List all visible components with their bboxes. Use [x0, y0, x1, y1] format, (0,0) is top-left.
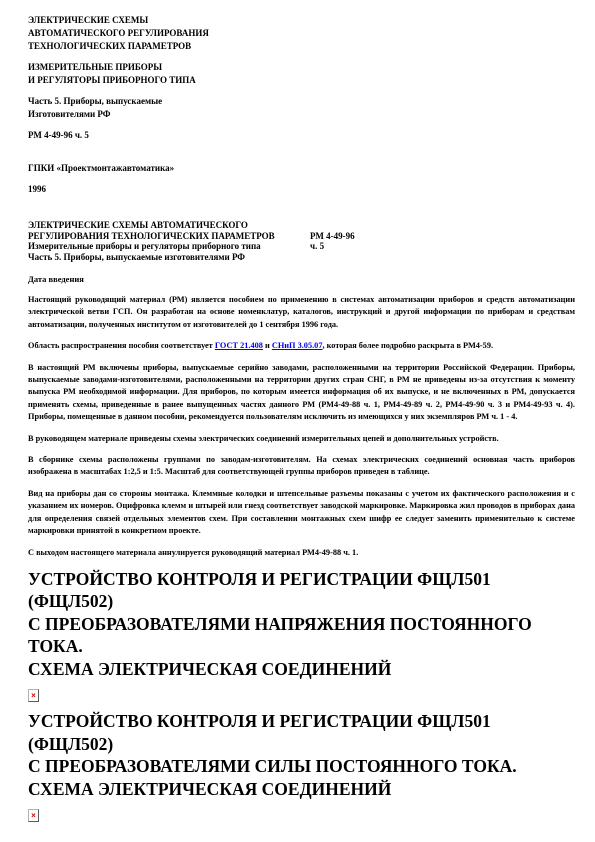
text-line: УСТРОЙСТВО КОНТРОЛЯ И РЕГИСТРАЦИИ ФЩЛ501	[28, 568, 575, 591]
doc-header-code-block: РМ 4-49-96 ч. 5	[310, 231, 355, 252]
doc-link[interactable]: СНиП 3.05.07	[272, 341, 323, 350]
publication-year: 1996	[28, 183, 575, 196]
doc-header: ЭЛЕКТРИЧЕСКИЕ СХЕМЫ АВТОМАТИЧЕСКОГОРЕГУЛ…	[28, 220, 575, 262]
text-line: (ФЩЛ502)	[28, 733, 575, 756]
text-line: И РЕГУЛЯТОРЫ ПРИБОРНОГО ТИПА	[28, 74, 575, 87]
broken-image-x-glyph: ×	[31, 812, 36, 820]
section-1-heading: УСТРОЙСТВО КОНТРОЛЯ И РЕГИСТРАЦИИ ФЩЛ501…	[28, 568, 575, 681]
paragraph: В настоящий РМ включены приборы, выпуска…	[28, 362, 575, 424]
text-line: СХЕМА ЭЛЕКТРИЧЕСКАЯ СОЕДИНЕНИЙ	[28, 658, 575, 681]
doc-header-code: РМ 4-49-96	[310, 231, 355, 242]
paragraph: В руководящем материале приведены схемы …	[28, 433, 575, 445]
doc-link[interactable]: ГОСТ 21.408	[215, 341, 263, 350]
broken-image-icon: ×	[28, 809, 39, 822]
text-line: С ПРЕОБРАЗОВАТЕЛЯМИ СИЛЫ ПОСТОЯННОГО ТОК…	[28, 755, 575, 778]
paragraph: В сборнике схемы расположены группами по…	[28, 454, 575, 479]
document-page: ЭЛЕКТРИЧЕСКИЕ СХЕМЫАВТОМАТИЧЕСКОГО РЕГУЛ…	[0, 0, 595, 842]
text-line: ЭЛЕКТРИЧЕСКИЕ СХЕМЫ	[28, 14, 575, 27]
text-line: УСТРОЙСТВО КОНТРОЛЯ И РЕГИСТРАЦИИ ФЩЛ501	[28, 710, 575, 733]
text-line: АВТОМАТИЧЕСКОГО РЕГУЛИРОВАНИЯ	[28, 27, 575, 40]
broken-image-icon: ×	[28, 689, 39, 702]
text-line: ЭЛЕКТРИЧЕСКИЕ СХЕМЫ АВТОМАТИЧЕСКОГО	[28, 220, 575, 231]
paragraph: Настоящий руководящий материал (РМ) явля…	[28, 294, 575, 331]
text-line: ТЕХНОЛОГИЧЕСКИХ ПАРАМЕТРОВ	[28, 40, 575, 53]
text-line: Часть 5. Приборы, выпускаемые изготовите…	[28, 252, 575, 263]
organization-name: ГПКИ «Проектмонтажавтоматика»	[28, 162, 575, 175]
masthead-part: Часть 5. Приборы, выпускаемыеИзготовител…	[28, 95, 575, 121]
text-line: Измерительные приборы и регуляторы прибо…	[28, 241, 575, 252]
paragraph: С выходом настоящего материала аннулируе…	[28, 547, 575, 559]
text-line: С ПРЕОБРАЗОВАТЕЛЯМИ НАПРЯЖЕНИЯ ПОСТОЯННО…	[28, 613, 575, 636]
text-line: ИЗМЕРИТЕЛЬНЫЕ ПРИБОРЫ	[28, 61, 575, 74]
effective-date-label: Дата введения	[28, 273, 575, 285]
paragraph: Вид на приборы дан со стороны монтажа. К…	[28, 488, 575, 538]
masthead: ЭЛЕКТРИЧЕСКИЕ СХЕМЫАВТОМАТИЧЕСКОГО РЕГУЛ…	[28, 14, 575, 196]
masthead-series: ЭЛЕКТРИЧЕСКИЕ СХЕМЫАВТОМАТИЧЕСКОГО РЕГУЛ…	[28, 14, 575, 53]
section-2-heading: УСТРОЙСТВО КОНТРОЛЯ И РЕГИСТРАЦИИ ФЩЛ501…	[28, 710, 575, 800]
broken-image-x-glyph: ×	[31, 692, 36, 700]
doc-header-title: ЭЛЕКТРИЧЕСКИЕ СХЕМЫ АВТОМАТИЧЕСКОГОРЕГУЛ…	[28, 220, 575, 262]
paragraph: Область распространения пособия соответс…	[28, 340, 575, 352]
doc-number: РМ 4-49-96 ч. 5	[28, 129, 575, 142]
text-line: СХЕМА ЭЛЕКТРИЧЕСКАЯ СОЕДИНЕНИЙ	[28, 778, 575, 801]
intro-paragraphs: Настоящий руководящий материал (РМ) явля…	[28, 294, 575, 559]
doc-header-part: ч. 5	[310, 241, 355, 252]
masthead-subject: ИЗМЕРИТЕЛЬНЫЕ ПРИБОРЫИ РЕГУЛЯТОРЫ ПРИБОР…	[28, 61, 575, 87]
text-line: Изготовителями РФ	[28, 108, 575, 121]
text-line: Часть 5. Приборы, выпускаемые	[28, 95, 575, 108]
text-line: ТОКА.	[28, 635, 575, 658]
text-line: (ФЩЛ502)	[28, 590, 575, 613]
text-line: РЕГУЛИРОВАНИЯ ТЕХНОЛОГИЧЕСКИХ ПАРАМЕТРОВ	[28, 231, 575, 242]
